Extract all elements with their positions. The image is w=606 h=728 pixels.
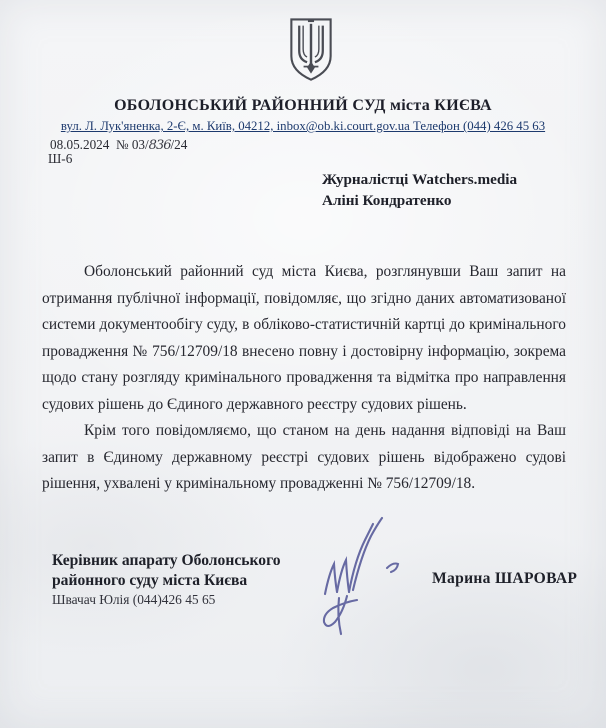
body-paragraph-1: Оболонський районний суд міста Києва, ро… — [42, 259, 566, 418]
signer-name: Марина ШАРОВАР — [432, 570, 577, 588]
body-paragraph-2: Крім того повідомляємо, що станом на ден… — [42, 418, 566, 498]
reference-number-prefix: № 03/ — [116, 137, 149, 152]
court-address-text: вул. Л. Лук'яненка, 2-Є, м. Київ, 04212,… — [61, 119, 545, 133]
recipient-line2: Аліні Кондратенко — [322, 190, 517, 211]
scanned-letter-page: ОБОЛОНСЬКИЙ РАЙОННИЙ СУД міста КИЄВА вул… — [0, 0, 606, 728]
reference-code: Ш-6 — [48, 151, 72, 167]
court-address-line: вул. Л. Лук'яненка, 2-Є, м. Київ, 04212,… — [0, 119, 606, 134]
signer-position: Керівник апарату Оболонського районного … — [52, 551, 281, 590]
ukraine-trident-emblem-icon — [287, 16, 335, 84]
court-name-title: ОБОЛОНСЬКИЙ РАЙОННИЙ СУД міста КИЄВА — [0, 97, 606, 115]
signer-contact: Швачач Юлія (044)426 45 65 — [52, 592, 215, 608]
reference-number-handwritten: 836 — [149, 138, 171, 153]
signer-position-line1: Керівник апарату Оболонського — [52, 551, 281, 571]
recipient-block: Журналістці Watchers.media Аліні Кондрат… — [322, 169, 517, 211]
letter-body: Оболонський районний суд міста Києва, ро… — [42, 259, 566, 498]
reference-date: 08.05.2024 — [50, 137, 109, 152]
signer-position-line2: районного суду міста Києва — [52, 571, 281, 591]
recipient-line1: Журналістці Watchers.media — [322, 169, 517, 190]
handwritten-signature-icon — [303, 512, 418, 642]
reference-number-suffix: /24 — [171, 137, 188, 152]
